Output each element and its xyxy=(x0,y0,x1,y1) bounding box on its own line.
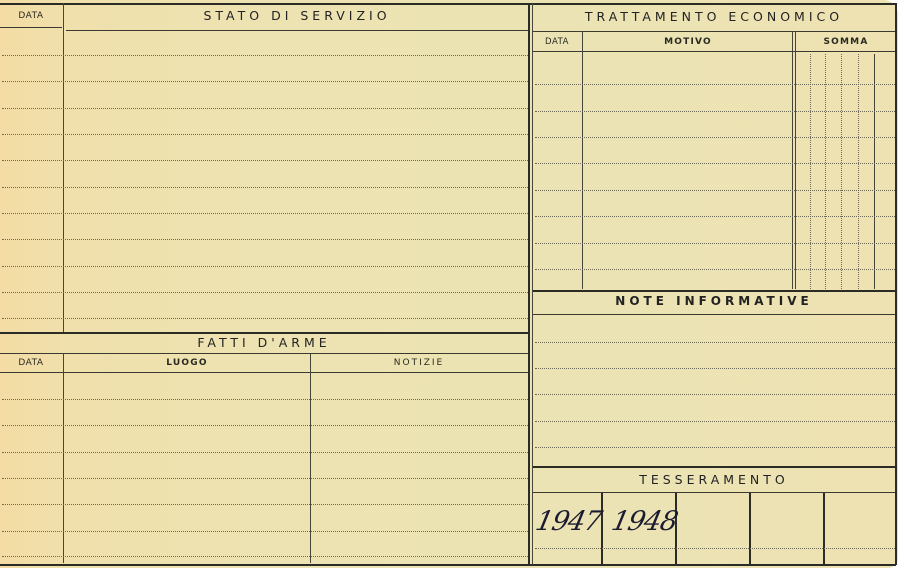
top-border xyxy=(0,3,896,5)
stato-row-line xyxy=(2,318,528,319)
fatti-header-rule xyxy=(0,372,528,373)
note-row-line xyxy=(535,368,895,369)
trattamento-row-line xyxy=(535,269,895,270)
trattamento-row-line xyxy=(535,137,895,138)
trattamento-motivo-divider-inner xyxy=(795,31,796,289)
somma-cents-divider xyxy=(874,54,875,289)
trattamento-row-line xyxy=(535,216,895,217)
trattamento-motivo-divider xyxy=(792,31,793,289)
note-top-rule xyxy=(533,290,895,292)
stato-row-line xyxy=(2,187,528,188)
trattamento-col-motivo-header: MOTIVO xyxy=(583,37,793,47)
note-row-line xyxy=(535,394,895,395)
stato-header-rule xyxy=(66,30,528,31)
stato-row-line xyxy=(2,108,528,109)
fatti-subheader-rule xyxy=(0,353,528,354)
fatti-row-line xyxy=(2,556,528,557)
stato-row-line xyxy=(2,134,528,135)
trattamento-row-line xyxy=(535,243,895,244)
tesseramento-title: TESSERAMENTO xyxy=(533,472,895,487)
trattamento-col-data-header: DATA xyxy=(533,37,581,47)
stato-header-rule-left xyxy=(0,27,62,28)
stato-row-line xyxy=(2,81,528,82)
trattamento-data-divider xyxy=(582,31,583,289)
somma-digit-line xyxy=(841,54,842,289)
trattamento-col-somma-header: SOMMA xyxy=(797,37,895,47)
fatti-row-line xyxy=(2,425,528,426)
stato-row-line xyxy=(2,239,528,240)
fatti-col-data-header: DATA xyxy=(0,358,62,368)
trattamento-header-rule xyxy=(533,31,895,32)
stato-row-line xyxy=(2,266,528,267)
stato-data-divider xyxy=(63,3,64,333)
note-informative-title: NOTE INFORMATIVE xyxy=(533,294,895,308)
fatti-row-line xyxy=(2,399,528,400)
somma-digit-line xyxy=(810,54,811,289)
note-row-line xyxy=(535,342,895,343)
stato-row-line xyxy=(2,213,528,214)
bottom-border xyxy=(0,564,896,566)
trattamento-col-rule xyxy=(533,51,895,52)
stato-row-line xyxy=(2,160,528,161)
note-header-rule xyxy=(533,314,895,315)
stato-row-line xyxy=(2,55,528,56)
fatti-row-line xyxy=(2,504,528,505)
trattamento-row-line xyxy=(535,163,895,164)
fatti-d-arme-title: FATTI D'ARME xyxy=(0,335,528,350)
center-divider xyxy=(528,3,530,565)
tesseramento-header-rule xyxy=(533,492,895,493)
tesseramento-year-1: 1947 xyxy=(533,506,604,537)
fatti-col-luogo-header: LUOGO xyxy=(64,358,310,368)
trattamento-economico-title: TRATTAMENTO ECONOMICO xyxy=(533,9,895,24)
note-row-line xyxy=(535,421,895,422)
service-record-card: DATA STATO DI SERVIZIO FATTI D'ARME DATA… xyxy=(0,0,898,568)
tesseramento-cell-divider xyxy=(749,493,751,564)
fatti-col-notizie-header: NOTIZIE xyxy=(311,358,527,368)
fatti-top-rule xyxy=(0,332,528,334)
tesseramento-cell-divider xyxy=(823,493,825,564)
stato-row-line xyxy=(2,292,528,293)
fatti-row-line xyxy=(2,452,528,453)
somma-digit-line xyxy=(858,54,859,289)
tesseramento-top-rule xyxy=(533,466,895,468)
stato-col-data-header: DATA xyxy=(0,11,62,21)
trattamento-row-line xyxy=(535,190,895,191)
trattamento-row-line xyxy=(535,111,895,112)
somma-digit-line xyxy=(825,54,826,289)
trattamento-row-line xyxy=(535,84,895,85)
note-row-line xyxy=(535,447,895,448)
tesseramento-year-2: 1948 xyxy=(609,506,680,537)
stato-di-servizio-title: STATO DI SERVIZIO xyxy=(66,8,528,23)
fatti-row-line xyxy=(2,478,528,479)
tesseramento-baseline xyxy=(535,548,895,549)
right-border xyxy=(895,3,897,565)
tesseramento-cell-divider xyxy=(601,493,603,564)
fatti-row-line xyxy=(2,531,528,532)
